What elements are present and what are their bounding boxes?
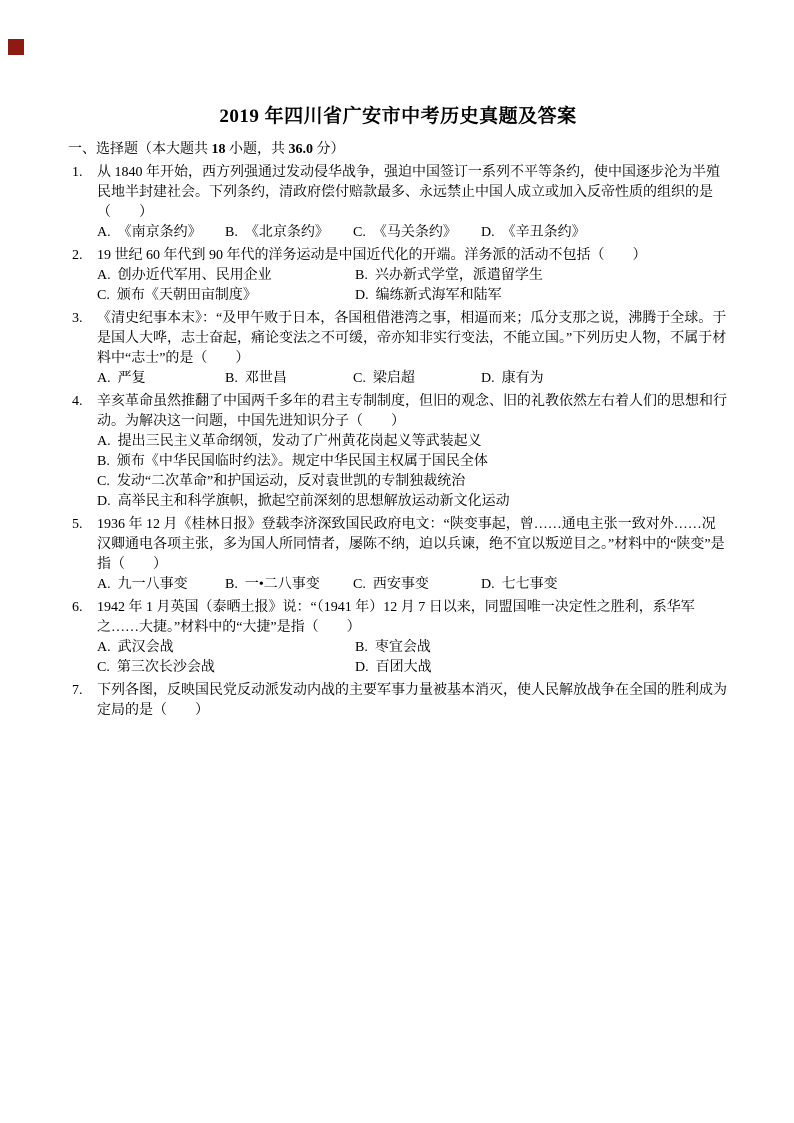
option-text: 发动“二次革命”和护国运动，反对袁世凯的专制独裁统治 <box>117 474 465 489</box>
option-label: C. <box>97 474 110 489</box>
option-item: A.《南京条约》 <box>97 223 225 243</box>
question-stem: 辛亥革命虽然推翻了中国两千多年的君主专制制度，但旧的观念、旧的礼教依然左右着人们… <box>97 392 728 432</box>
question-number: 4. <box>68 392 97 512</box>
option-label: B. <box>97 454 110 469</box>
option-item: A.提出三民主义革命纲领，发动了广州黄花岗起义等武装起义 <box>97 432 728 452</box>
question-number: 5. <box>68 515 97 595</box>
option-label: B. <box>355 640 368 655</box>
section-header: 一、选择题（本大题共 18 小题，共 36.0 分） <box>68 140 728 160</box>
option-text: 百团大战 <box>376 660 432 675</box>
option-item: B.颁布《中华民国临时约法》。规定中华民国主权属于国民全体 <box>97 452 728 472</box>
option-item: B.《北京条约》 <box>225 223 353 243</box>
section-question-count: 18 <box>212 142 226 157</box>
option-text: 编练新式海军和陆军 <box>376 288 502 303</box>
option-label: D. <box>355 660 369 675</box>
option-item: A.武汉会战 <box>97 638 355 658</box>
option-label: C. <box>353 577 366 592</box>
option-text: 提出三民主义革命纲领，发动了广州黄花岗起义等武装起义 <box>118 434 482 449</box>
page-title: 2019 年四川省广安市中考历史真题及答案 <box>68 103 728 131</box>
section-total-points: 36.0 <box>289 142 314 157</box>
option-item: B.兴办新式学堂，派遣留学生 <box>355 266 543 286</box>
question-list: 1. 从 1840 年开始，西方列强通过发动侵华战争，强迫中国签订一系列不平等条… <box>68 163 728 721</box>
option-label: D. <box>97 494 111 509</box>
question-body: 19 世纪 60 年代到 90 年代的洋务运动是中国近代化的开端。洋务派的活动不… <box>97 246 728 306</box>
option-text: 严复 <box>118 371 146 386</box>
option-group: A.提出三民主义革命纲领，发动了广州黄花岗起义等武装起义B.颁布《中华民国临时约… <box>97 432 728 512</box>
question-item: 3. 《清史纪事本末》：“及甲午败于日本，各国租借港湾之事，相逼而来；瓜分支那之… <box>68 309 728 389</box>
option-text: 创办近代军用、民用企业 <box>118 268 272 283</box>
question-item: 6. 1942 年 1 月英国（泰晒土报》说：“（1941 年）12 月 7 日… <box>68 598 728 678</box>
question-stem: 下列各图，反映国民党反动派发动内战的主要军事力量被基本消灭，使人民解放战争在全国… <box>97 681 728 721</box>
question-body: 下列各图，反映国民党反动派发动内战的主要军事力量被基本消灭，使人民解放战争在全国… <box>97 681 728 721</box>
option-group: A.九一八事变B.一•二八事变C.西安事变D.七七事变 <box>97 575 728 595</box>
option-group: A.《南京条约》B.《北京条约》C.《马关条约》D.《辛丑条约》 <box>97 223 728 243</box>
question-stem: 1936 年 12 月《桂林日报》登载李济深致国民政府电文：“陕变事起，曾……通… <box>97 515 728 575</box>
option-item: B.邓世昌 <box>225 369 353 389</box>
question-stem: 《清史纪事本末》：“及甲午败于日本，各国租借港湾之事，相逼而来；瓜分支那之说，沸… <box>97 309 728 369</box>
option-label: B. <box>225 225 238 240</box>
option-text: 高举民主和科学旗帜，掀起空前深刻的思想解放运动新文化运动 <box>118 494 510 509</box>
question-body: 1936 年 12 月《桂林日报》登载李济深致国民政府电文：“陕变事起，曾……通… <box>97 515 728 595</box>
option-text: 颁布《天朝田亩制度》 <box>117 288 257 303</box>
option-label: C. <box>353 225 366 240</box>
option-group: A.创办近代军用、民用企业B.兴办新式学堂，派遣留学生C.颁布《天朝田亩制度》D… <box>97 266 728 306</box>
option-text: 梁启超 <box>373 371 415 386</box>
option-item: B.枣宜会战 <box>355 638 432 658</box>
option-item: A.创办近代军用、民用企业 <box>97 266 355 286</box>
question-stem: 19 世纪 60 年代到 90 年代的洋务运动是中国近代化的开端。洋务派的活动不… <box>97 246 728 266</box>
question-body: 1942 年 1 月英国（泰晒土报》说：“（1941 年）12 月 7 日以来，… <box>97 598 728 678</box>
option-item: A.九一八事变 <box>97 575 225 595</box>
option-label: A. <box>97 640 111 655</box>
option-label: D. <box>481 577 495 592</box>
option-text: 《马关条约》 <box>373 225 457 240</box>
option-text: 枣宜会战 <box>375 640 431 655</box>
option-item: D.康有为 <box>481 369 609 389</box>
option-item: C.第三次长沙会战 <box>97 658 355 678</box>
question-item: 7. 下列各图，反映国民党反动派发动内战的主要军事力量被基本消灭，使人民解放战争… <box>68 681 728 721</box>
option-item: D.高举民主和科学旗帜，掀起空前深刻的思想解放运动新文化运动 <box>97 492 728 512</box>
option-label: B. <box>355 268 368 283</box>
option-item: C.发动“二次革命”和护国运动，反对袁世凯的专制独裁统治 <box>97 472 728 492</box>
option-label: A. <box>97 225 111 240</box>
option-text: 七七事变 <box>502 577 558 592</box>
option-text: 《北京条约》 <box>245 225 329 240</box>
option-label: C. <box>97 660 110 675</box>
question-body: 《清史纪事本末》：“及甲午败于日本，各国租借港湾之事，相逼而来；瓜分支那之说，沸… <box>97 309 728 389</box>
option-label: A. <box>97 577 111 592</box>
option-text: 邓世昌 <box>245 371 287 386</box>
question-item: 5. 1936 年 12 月《桂林日报》登载李济深致国民政府电文：“陕变事起，曾… <box>68 515 728 595</box>
option-text: 《辛丑条约》 <box>502 225 586 240</box>
option-text: 颁布《中华民国临时约法》。规定中华民国主权属于国民全体 <box>117 454 488 469</box>
option-label: D. <box>481 225 495 240</box>
question-number: 3. <box>68 309 97 389</box>
option-label: B. <box>225 371 238 386</box>
option-text: 一•二八事变 <box>245 577 320 592</box>
option-group: A.武汉会战B.枣宜会战C.第三次长沙会战D.百团大战 <box>97 638 728 678</box>
option-text: 第三次长沙会战 <box>117 660 215 675</box>
question-stem: 1942 年 1 月英国（泰晒土报》说：“（1941 年）12 月 7 日以来，… <box>97 598 728 638</box>
option-label: C. <box>97 288 110 303</box>
option-text: 西安事变 <box>373 577 429 592</box>
option-item: D.百团大战 <box>355 658 432 678</box>
option-text: 兴办新式学堂，派遣留学生 <box>375 268 543 283</box>
section-header-suffix: 分） <box>313 142 345 157</box>
option-label: B. <box>225 577 238 592</box>
section-header-prefix: 一、选择题（本大题共 <box>68 142 212 157</box>
option-item: D.七七事变 <box>481 575 609 595</box>
document-body: 2019 年四川省广安市中考历史真题及答案 一、选择题（本大题共 18 小题，共… <box>0 0 794 721</box>
option-item: D.《辛丑条约》 <box>481 223 609 243</box>
option-item: D.编练新式海军和陆军 <box>355 286 543 306</box>
question-item: 2. 19 世纪 60 年代到 90 年代的洋务运动是中国近代化的开端。洋务派的… <box>68 246 728 306</box>
corner-stamp <box>8 39 24 55</box>
question-body: 辛亥革命虽然推翻了中国两千多年的君主专制制度，但旧的观念、旧的礼教依然左右着人们… <box>97 392 728 512</box>
option-label: C. <box>353 371 366 386</box>
option-item: C.梁启超 <box>353 369 481 389</box>
option-label: A. <box>97 371 111 386</box>
option-text: 武汉会战 <box>118 640 174 655</box>
option-text: 《南京条约》 <box>118 225 202 240</box>
question-number: 1. <box>68 163 97 243</box>
question-number: 6. <box>68 598 97 678</box>
question-item: 1. 从 1840 年开始，西方列强通过发动侵华战争，强迫中国签订一系列不平等条… <box>68 163 728 243</box>
option-group: A.严复B.邓世昌C.梁启超D.康有为 <box>97 369 728 389</box>
option-item: C.颁布《天朝田亩制度》 <box>97 286 355 306</box>
question-body: 从 1840 年开始，西方列强通过发动侵华战争，强迫中国签订一系列不平等条约，使… <box>97 163 728 243</box>
option-label: D. <box>355 288 369 303</box>
question-item: 4. 辛亥革命虽然推翻了中国两千多年的君主专制制度，但旧的观念、旧的礼教依然左右… <box>68 392 728 512</box>
option-label: A. <box>97 268 111 283</box>
option-label: D. <box>481 371 495 386</box>
question-stem: 从 1840 年开始，西方列强通过发动侵华战争，强迫中国签订一系列不平等条约，使… <box>97 163 728 223</box>
question-number: 7. <box>68 681 97 721</box>
document-page: { "document": { "title": "2019 年四川省广安市中考… <box>0 0 794 1123</box>
option-text: 九一八事变 <box>118 577 188 592</box>
option-item: A.严复 <box>97 369 225 389</box>
option-text: 康有为 <box>502 371 544 386</box>
option-item: C.《马关条约》 <box>353 223 481 243</box>
section-header-mid: 小题，共 <box>226 142 289 157</box>
option-item: B.一•二八事变 <box>225 575 353 595</box>
option-label: A. <box>97 434 111 449</box>
question-number: 2. <box>68 246 97 306</box>
option-item: C.西安事变 <box>353 575 481 595</box>
